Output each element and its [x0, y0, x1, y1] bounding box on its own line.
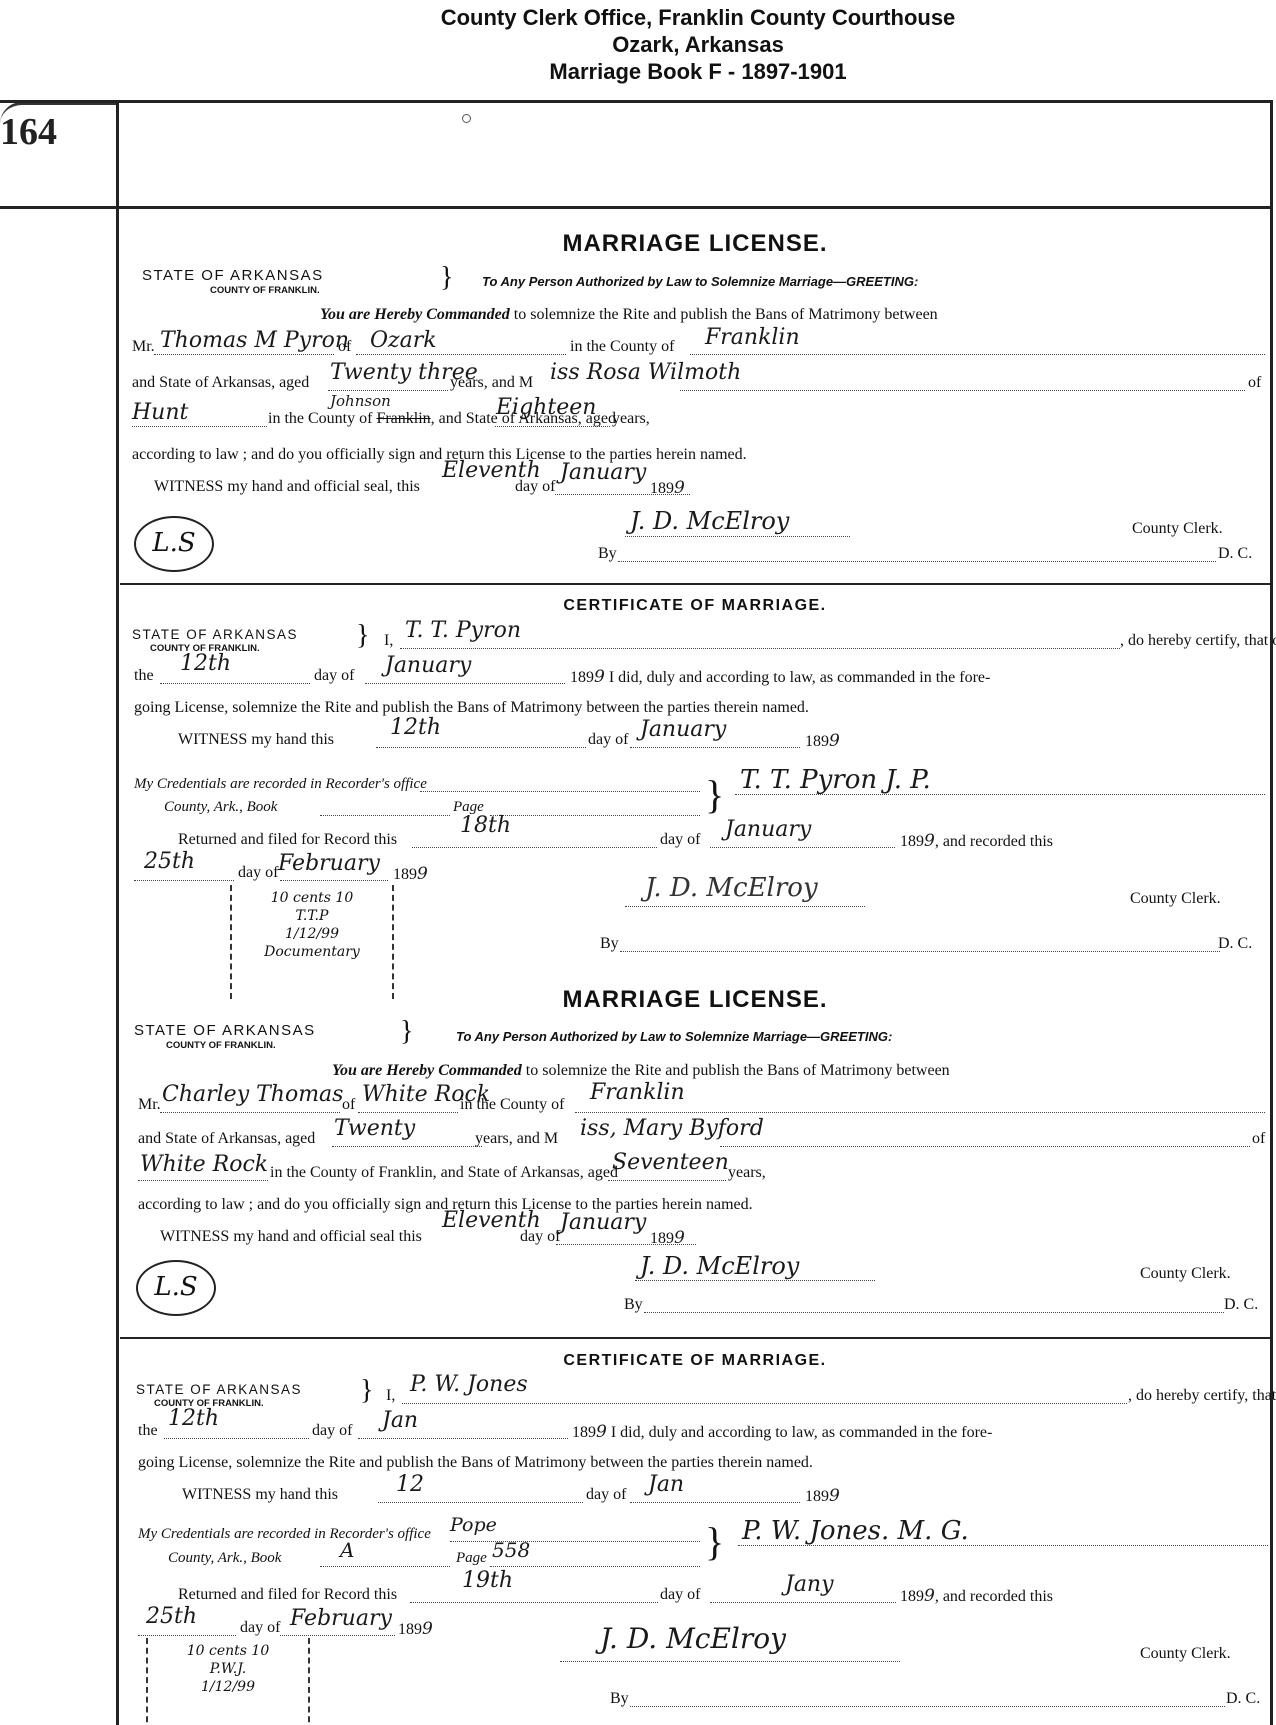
- archive-location: Ozark, Arkansas: [0, 31, 1276, 58]
- dc-label: D. C.: [1218, 935, 1252, 953]
- married-year: 1899 I did, duly and according to law, a…: [572, 1422, 992, 1442]
- clerk-signature: J. D. McElroy: [600, 1622, 786, 1655]
- credentials-page: 558: [492, 1538, 530, 1562]
- witness-month: January: [640, 717, 726, 742]
- credentials-label: My Credentials are recorded in Recorder'…: [134, 776, 427, 793]
- i-label: I,: [384, 632, 393, 650]
- witness-year: 1899: [805, 731, 840, 751]
- right-rule: [1270, 100, 1273, 1725]
- dc-label: D. C.: [1224, 1296, 1258, 1314]
- certificate-of-marriage-1: CERTIFICATE OF MARRIAGE. STATE OF ARKANS…: [120, 585, 1270, 970]
- by-label: By: [624, 1296, 643, 1314]
- county-label: COUNTY OF FRANKLIN.: [210, 285, 320, 296]
- county-clerk-label: County Clerk.: [1130, 890, 1221, 908]
- witness-hand-label: WITNESS my hand this: [178, 731, 334, 749]
- recorded-day: 25th: [146, 1604, 197, 1629]
- witness-year: 1899: [805, 1486, 840, 1506]
- certify-label: , do hereby certify, that on: [1128, 1387, 1276, 1405]
- commanded-gothic: You are Hereby Commanded: [320, 306, 510, 323]
- credentials-label: My Credentials are recorded in Recorder'…: [138, 1526, 431, 1543]
- day-of-label: day of: [515, 478, 555, 496]
- day-of-label: day of: [588, 731, 628, 749]
- clerk-signature: J. D. McElroy: [630, 507, 789, 535]
- state-label: STATE OF ARKANSAS: [136, 1382, 302, 1397]
- county-clerk-label: County Clerk.: [1132, 520, 1223, 538]
- marriage-license-1: MARRIAGE LICENSE. STATE OF ARKANSAS COUN…: [120, 210, 1270, 580]
- bride-residence: Hunt: [132, 400, 188, 425]
- mr-label: Mr.: [132, 338, 155, 356]
- the-label: the: [134, 667, 154, 685]
- groom-residence: Ozark: [370, 328, 437, 353]
- of-label-2: of: [1248, 374, 1261, 392]
- by-label: By: [610, 1690, 629, 1708]
- day-of-label: day of: [660, 831, 700, 849]
- married-year: 1899 I did, duly and according to law, a…: [570, 667, 990, 687]
- i-label: I,: [386, 1387, 395, 1405]
- mr-label: Mr.: [138, 1096, 161, 1114]
- clerk-signature: J. D. McElroy: [645, 873, 818, 903]
- bride-county-inserted: Johnson: [330, 392, 391, 410]
- returned-year: 1899, and recorded this: [900, 831, 1053, 851]
- archive-office: County Clerk Office, Franklin County Cou…: [0, 4, 1276, 31]
- returned-month: Jany: [785, 1572, 834, 1597]
- license-title: MARRIAGE LICENSE.: [120, 986, 1270, 1014]
- day-of-label: day of: [238, 864, 278, 882]
- witness-month: Jan: [648, 1472, 684, 1497]
- returned-month: January: [725, 817, 811, 842]
- groom-age: Twenty: [334, 1116, 415, 1141]
- returned-day: 19th: [462, 1568, 513, 1593]
- seal: L.S: [134, 516, 214, 572]
- commanded-line: You are Hereby Commanded to solemnize th…: [320, 306, 938, 324]
- credentials-book: A: [340, 1538, 354, 1562]
- certificate-of-marriage-2: CERTIFICATE OF MARRIAGE. STATE OF ARKANS…: [120, 1340, 1270, 1725]
- married-month: January: [385, 653, 471, 678]
- recorded-month: February: [290, 1606, 392, 1631]
- recorded-day: 25th: [144, 849, 195, 874]
- in-county-label: in the County of: [460, 1096, 564, 1114]
- county-ark-book-label: County, Ark., Book: [168, 1550, 281, 1567]
- certificate-title: CERTIFICATE OF MARRIAGE.: [120, 1352, 1270, 1370]
- commanded-rest: to solemnize the Rite and publish the Ba…: [514, 306, 938, 323]
- witness-day: 12: [396, 1472, 424, 1497]
- clerk-signature: J. D. McElroy: [640, 1252, 799, 1280]
- witness-label: WITNESS my hand and official seal this: [160, 1228, 422, 1246]
- witness-hand-label: WITNESS my hand this: [182, 1486, 338, 1504]
- recorded-year: 1899: [398, 1619, 433, 1639]
- returned-label: Returned and filed for Record this: [178, 1586, 397, 1604]
- aged-label: and State of Arkansas, aged: [138, 1130, 315, 1148]
- page-number: 164: [0, 110, 57, 154]
- according-text: according to law ; and do you officially…: [132, 446, 747, 464]
- day-of-label: day of: [314, 667, 354, 685]
- bride-county-line: in the County of Franklin, and State of …: [270, 1164, 618, 1182]
- married-day: 12th: [168, 1406, 219, 1431]
- of-label-2: of: [1252, 1130, 1265, 1148]
- witness-label: WITNESS my hand and official seal, this: [154, 478, 420, 496]
- certificate-title: CERTIFICATE OF MARRIAGE.: [120, 597, 1270, 615]
- witness-month: January: [560, 460, 646, 485]
- married-month: Jan: [382, 1408, 418, 1433]
- commanded-line: You are Hereby Commanded to solemnize th…: [332, 1062, 950, 1080]
- page-label: Page: [456, 1550, 487, 1567]
- bride-residence: White Rock: [140, 1152, 268, 1177]
- returned-year: 1899, and recorded this: [900, 1586, 1053, 1606]
- groom-name: Charley Thomas: [162, 1082, 343, 1107]
- greeting: To Any Person Authorized by Law to Solem…: [482, 274, 918, 289]
- dc-label: D. C.: [1218, 545, 1252, 563]
- officiant: P. W. Jones: [410, 1372, 528, 1397]
- day-of-label: day of: [312, 1422, 352, 1440]
- state-label: STATE OF ARKANSAS: [134, 1022, 316, 1039]
- license-title: MARRIAGE LICENSE.: [120, 230, 1270, 258]
- day-of-label: day of: [660, 1586, 700, 1604]
- groom-name: Thomas M Pyron: [160, 328, 349, 353]
- witness-day: 12th: [390, 715, 441, 740]
- returned-label: Returned and filed for Record this: [178, 831, 397, 849]
- years-and-m-label: years, and M: [450, 374, 533, 392]
- recorded-month: February: [278, 851, 380, 876]
- in-county-label: in the County of: [570, 338, 674, 356]
- state-label: STATE OF ARKANSAS: [132, 627, 298, 642]
- recorded-year: 1899: [393, 864, 428, 884]
- day-of-label: day of: [520, 1228, 560, 1246]
- top-rule: [0, 100, 1273, 103]
- groom-county: Franklin: [590, 1080, 685, 1105]
- bride-age: Eighteen: [496, 395, 596, 420]
- dc-label: D. C.: [1226, 1690, 1260, 1708]
- married-day: 12th: [180, 651, 231, 676]
- witness-year: 1899: [650, 1228, 685, 1248]
- county-ark-book-label: County, Ark., Book: [164, 799, 277, 816]
- credentials-office: Pope: [450, 1514, 497, 1536]
- seal: L.S: [136, 1260, 216, 1316]
- margin-rule: [116, 100, 119, 1725]
- of-label: of: [338, 338, 351, 356]
- county-clerk-label: County Clerk.: [1140, 1645, 1231, 1663]
- bride-name: iss Rosa Wilmoth: [550, 360, 741, 385]
- groom-county: Franklin: [705, 325, 800, 350]
- years-label: years,: [728, 1164, 766, 1182]
- revenue-stamp: 10 cents 10 P.W.J. 1/12/99: [146, 1638, 310, 1725]
- going-text: going License, solemnize the Rite and pu…: [134, 699, 809, 717]
- bride-age: Seventeen: [612, 1150, 729, 1175]
- punch-mark: [462, 114, 471, 123]
- witness-month: January: [560, 1210, 646, 1235]
- by-label: By: [600, 935, 619, 953]
- bride-county-struck: Franklin: [376, 410, 430, 427]
- by-label: By: [598, 545, 617, 563]
- the-label: the: [138, 1422, 158, 1440]
- county-clerk-label: County Clerk.: [1140, 1265, 1231, 1283]
- officiant-signature: P. W. Jones. M. G.: [742, 1516, 969, 1546]
- state-label: STATE OF ARKANSAS: [142, 267, 324, 284]
- aged-label: and State of Arkansas, aged: [132, 374, 309, 392]
- archive-book: Marriage Book F - 1897-1901: [0, 58, 1276, 85]
- marriage-license-2: MARRIAGE LICENSE. STATE OF ARKANSAS COUN…: [120, 970, 1270, 1335]
- going-text: going License, solemnize the Rite and pu…: [138, 1454, 813, 1472]
- witness-year: 1899: [650, 478, 685, 498]
- bride-name: iss, Mary Byford: [580, 1116, 764, 1141]
- years-and-m-label: years, and M: [475, 1130, 558, 1148]
- header-rule: [0, 206, 1273, 209]
- officiant: T. T. Pyron: [405, 618, 521, 643]
- day-of-label: day of: [586, 1486, 626, 1504]
- day-of-label: day of: [240, 1619, 280, 1637]
- brace: }: [440, 262, 453, 294]
- county-label: COUNTY OF FRANKLIN.: [166, 1040, 276, 1051]
- officiant-signature: T. T. Pyron J. P.: [740, 765, 931, 795]
- returned-day: 18th: [460, 813, 511, 838]
- of-label: of: [342, 1096, 355, 1114]
- certify-label: , do hereby certify, that on: [1120, 632, 1276, 650]
- years-label: years,: [612, 410, 650, 428]
- greeting: To Any Person Authorized by Law to Solem…: [456, 1029, 892, 1044]
